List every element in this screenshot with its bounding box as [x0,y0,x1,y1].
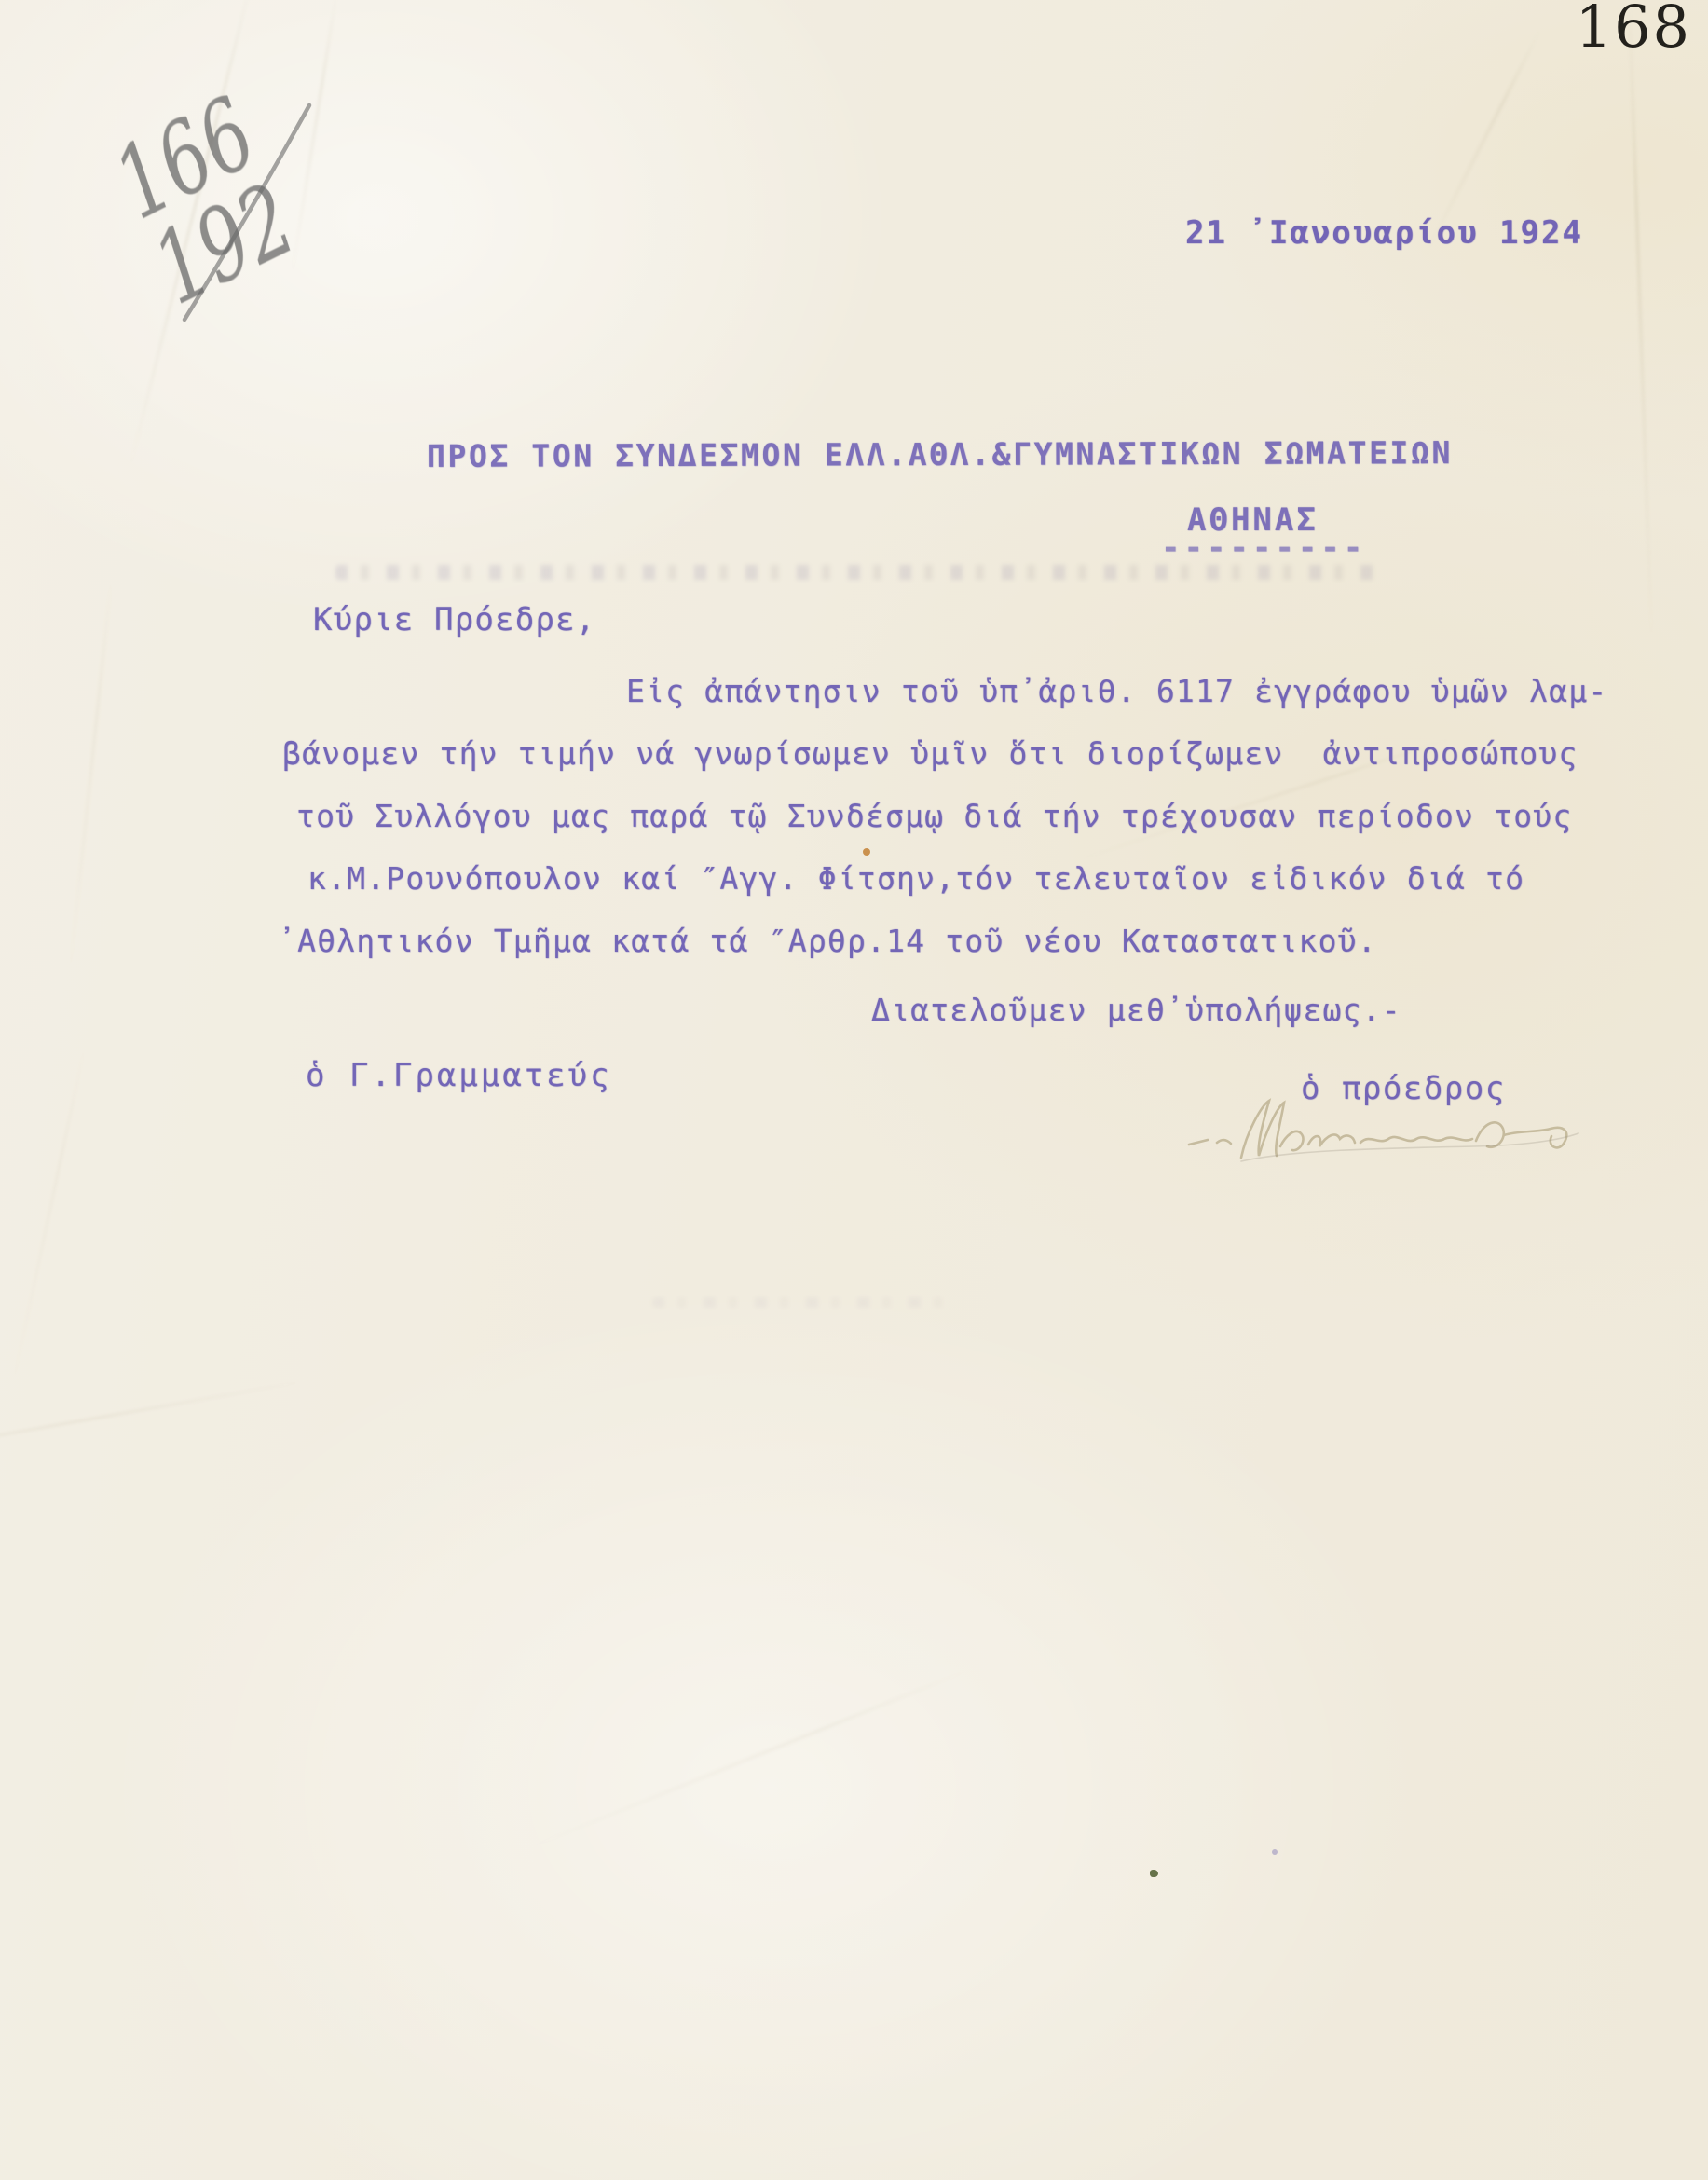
paper-speck [863,848,870,856]
paper-crease [0,1379,308,1499]
salutation: Κύριε Πρόεδρε, [313,601,595,638]
closing-line: Διατελοῦμεν μεθ᾽ὑπολήψεως.- [871,992,1401,1028]
body-line: Εἰς ἀπάντησιν τοῦ ὑπ᾽ἀριθ. 6117 ἐγγράφου… [626,673,1607,709]
paper-crease [10,1044,87,1391]
scanned-letter-page: 168 166 192 21 ᾽Ιανουαρίου 1924 ΠΡΟΣ ΤΟΝ… [0,0,1708,2180]
body-line: κ.Μ.Ρουνόπουλον καί ″Αγγ. Φίτσην,τόν τελ… [307,860,1524,897]
paper-crease [1628,0,1653,643]
recipient-line: ΠΡΟΣ ΤΟΝ ΣΥΝΔΕΣΜΟΝ ΕΛΛ.ΑΘΛ.&ΓΥΜΝΑΣΤΙΚΩΝ … [427,434,1453,474]
paper-speck [1272,1849,1278,1855]
paper-crease [68,578,113,977]
ink-smudge [652,1297,960,1308]
pencil-fraction-slash [75,79,335,331]
ink-smudge [335,565,1379,580]
divider-dashes: --------- [1161,529,1366,567]
body-line: τοῦ Συλλόγου μας παρά τῷ Συνδέσμῳ διά τή… [296,798,1572,834]
paper-speck [1150,1870,1158,1877]
body-line: ᾽Αθλητικόν Τμῆμα κατά τά ″Αρθρ.14 τοῦ νέ… [278,923,1377,959]
body-line: βάνομεν τήν τιμήν νά γνωρίσωμεν ὑμῖν ὅτι… [282,735,1578,772]
paper-crease [520,1668,970,1853]
page-number: 168 [1576,0,1691,61]
secretary-title: ὁ Γ.Γραμματεύς [306,1057,612,1094]
president-signature [1176,1092,1595,1186]
date-line: 21 ᾽Ιανουαρίου 1924 [1185,214,1583,252]
